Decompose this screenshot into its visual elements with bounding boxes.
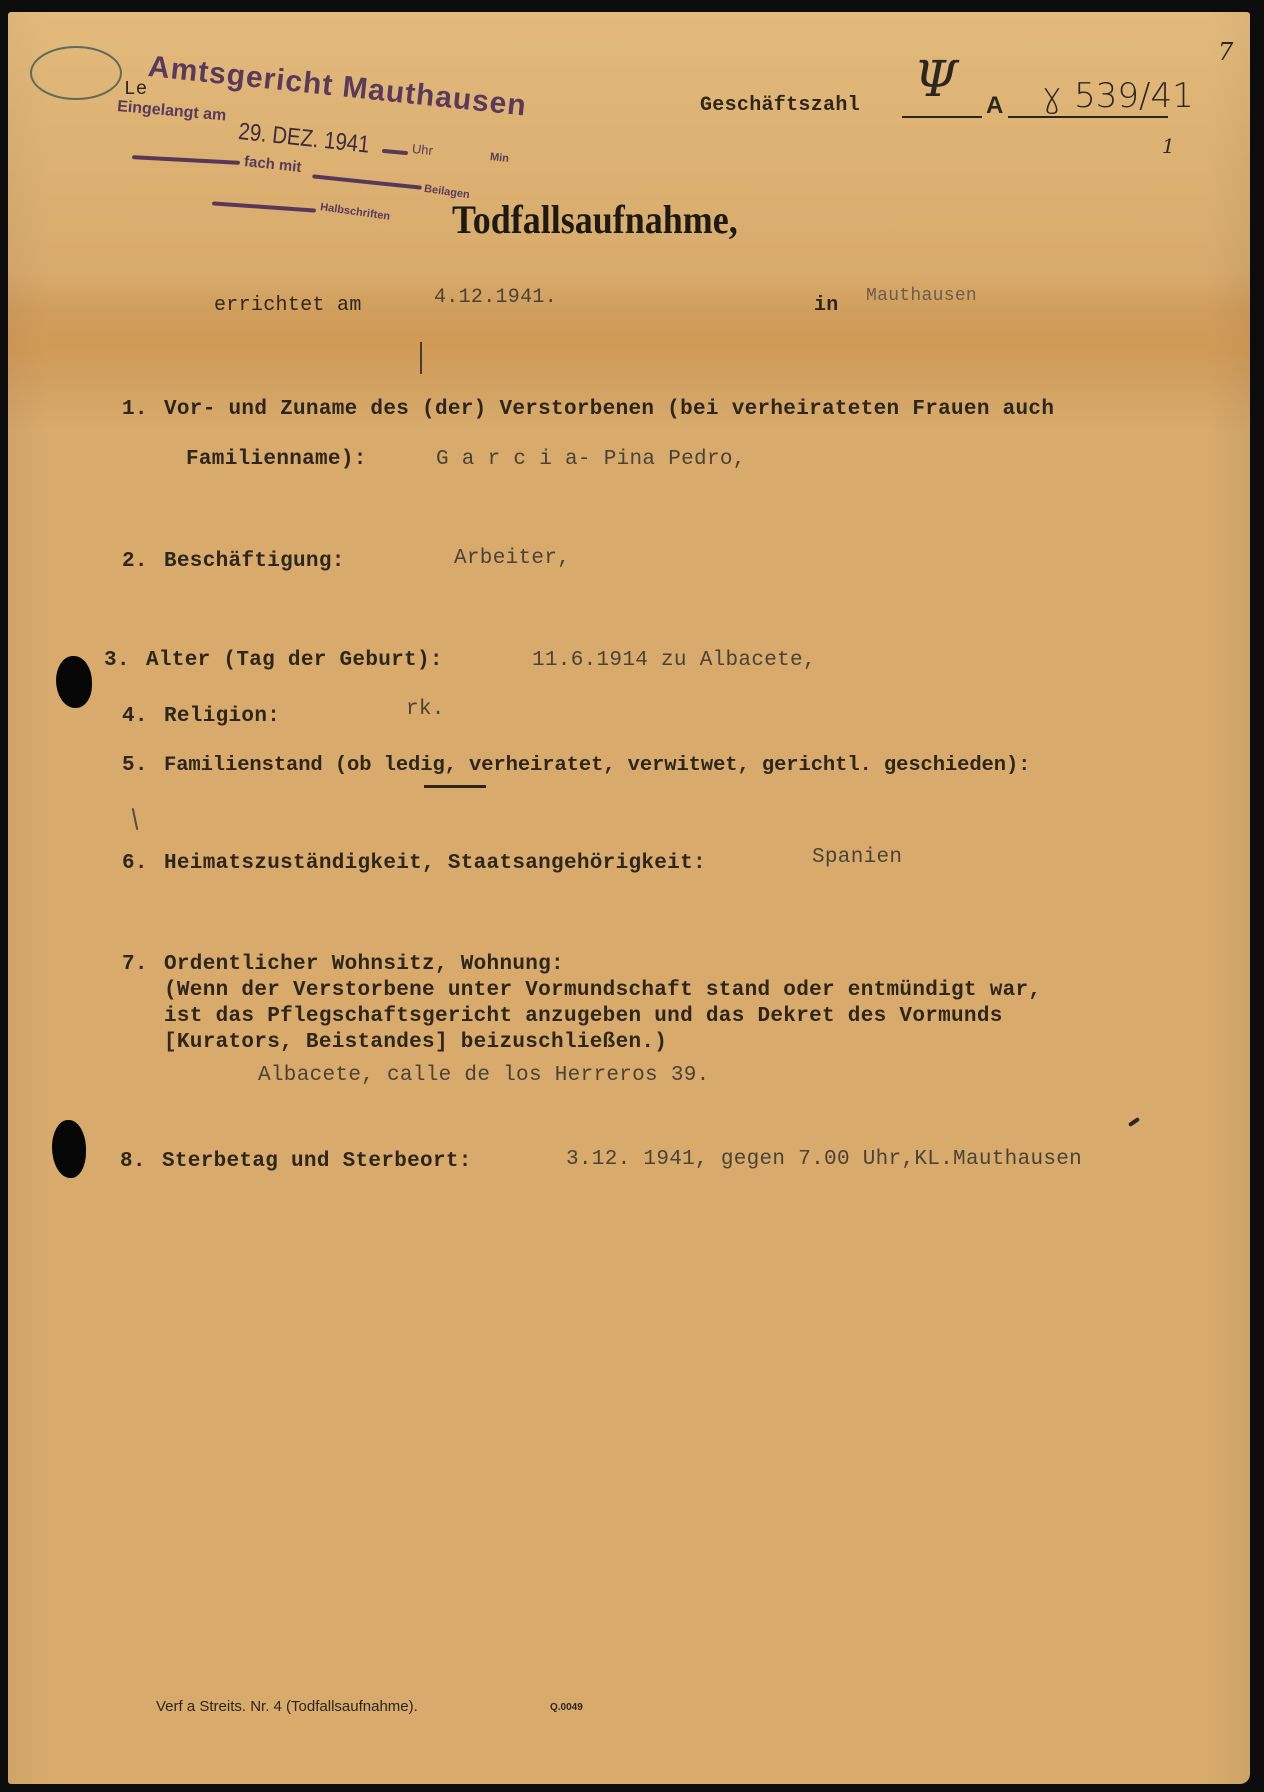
- reference-letter: A: [986, 92, 1003, 120]
- punch-hole: [56, 656, 92, 708]
- item-value-citizenship: Spanien: [812, 846, 902, 869]
- item-label-religion: Religion:: [164, 705, 280, 728]
- item-label-residence: Ordentlicher Wohnsitz, Wohnung:: [164, 953, 564, 976]
- item-note-line: (Wenn der Verstorbene unter Vormundschaf…: [164, 979, 1041, 1002]
- item-number: 4.: [122, 705, 148, 728]
- item-number: 6.: [122, 852, 148, 875]
- item-number: 2.: [122, 550, 148, 573]
- item-number: 3.: [104, 649, 130, 672]
- item-number: 5.: [122, 754, 148, 777]
- item-number: 7.: [122, 953, 148, 976]
- item-note-line: [Kurators, Beistandes] beizuschließen.): [164, 1031, 667, 1054]
- archive-number-circle: [30, 46, 122, 100]
- reference-underline: [902, 116, 982, 118]
- stamp-prefix: Le: [124, 78, 147, 100]
- footer-form-name: Verf a Streits. Nr. 4 (Todfallsaufnahme)…: [156, 1698, 418, 1715]
- item-value-residence: Albacete, calle de los Herreros 39.: [258, 1064, 710, 1087]
- item-label-marital-status: Familienstand (ob ledig, verheiratet, ve…: [164, 754, 1030, 777]
- established-label: errichtet am: [214, 294, 362, 317]
- item-label-familienname: Familienname):: [186, 448, 367, 471]
- stamp-time-label: Uhr: [411, 141, 433, 158]
- stamp-min-label: Min: [489, 151, 509, 165]
- reference-label: Geschäftszahl: [700, 94, 860, 117]
- item-number: 1.: [122, 398, 148, 421]
- item-value-occupation: Arbeiter,: [454, 547, 570, 570]
- established-in-label: in: [814, 294, 839, 317]
- item-value-religion: rk.: [406, 698, 445, 721]
- footer-print-code: Q.0049: [550, 1702, 583, 1713]
- item-note-line: ist das Pflegschaftsgericht anzugeben un…: [164, 1005, 1003, 1028]
- item-number: 8.: [120, 1150, 146, 1173]
- established-place: Mauthausen: [866, 286, 977, 306]
- marital-status-underline: [424, 785, 486, 788]
- item-value-birth: 11.6.1914 zu Albacete,: [532, 649, 816, 672]
- item-label-death: Sterbetag und Sterbeort:: [162, 1150, 472, 1173]
- reference-number: ɣ 539/41: [1040, 76, 1194, 116]
- item-label-birth: Alter (Tag der Geburt):: [146, 649, 443, 672]
- item-label-citizenship: Heimatszuständigkeit, Staatsangehörigkei…: [164, 852, 706, 875]
- margin-mark: 7: [1218, 38, 1233, 66]
- punch-hole: [52, 1120, 86, 1178]
- reference-underline: [1008, 116, 1168, 118]
- item-label-name: Vor- und Zuname des (der) Verstorbenen (…: [164, 398, 1054, 421]
- margin-mark: 1: [1162, 134, 1175, 158]
- document-title: Todfallsaufnahme,: [452, 196, 738, 243]
- reference-handwritten-prefix: Ψ: [914, 50, 958, 108]
- item-label-occupation: Beschäftigung:: [164, 550, 345, 573]
- pencil-mark: [420, 342, 422, 374]
- document-page: [8, 12, 1250, 1784]
- item-value-death: 3.12. 1941, gegen 7.00 Uhr,KL.Mauthausen: [566, 1148, 1082, 1171]
- item-value-name: G a r c i a- Pina Pedro,: [436, 448, 746, 471]
- established-date: 4.12.1941.: [434, 286, 557, 309]
